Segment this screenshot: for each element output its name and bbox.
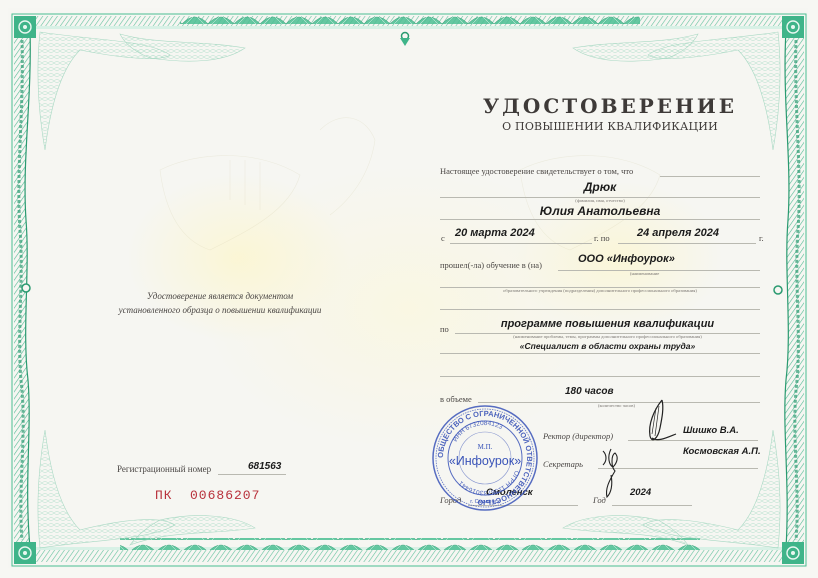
by-label: по: [440, 324, 449, 334]
date-to-value: 24 апреля 2024: [637, 227, 719, 239]
to-label: г. по: [594, 233, 610, 243]
blank-line-1: [440, 309, 760, 310]
year-value: 2024: [630, 487, 651, 498]
name-caption: (фамилия, имя, отчество): [440, 198, 760, 203]
stamp-city: г. Смоленск: [470, 499, 500, 505]
stamp-center: «Инфоурок»: [449, 454, 521, 468]
given-names-value: Юлия Анатольевна: [440, 204, 760, 218]
hours-value: 180 часов: [565, 386, 614, 397]
corner-rosette-tl: [14, 16, 36, 38]
hours-caption: (количество часов): [598, 403, 635, 408]
given-names-line: [440, 219, 760, 220]
serial-number: 00686207: [190, 488, 260, 503]
date-from-line: [450, 243, 592, 244]
secretary-signature: [597, 445, 625, 500]
passed-label: прошел(-ла) обучение в (на): [440, 260, 542, 270]
reg-number-value: 681563: [248, 461, 281, 472]
from-label: с: [441, 233, 445, 243]
secretary-name: Космовская А.П.: [683, 446, 761, 457]
date-from-value: 20 марта 2024: [455, 227, 535, 239]
org-caption-2: образовательного учреждения (подразделен…: [440, 288, 760, 293]
certificate-subtitle: О ПОВЫШЕНИИ КВАЛИФИКАЦИИ: [480, 120, 740, 133]
corner-rosette-br: [782, 542, 804, 564]
program-name-line: [440, 353, 760, 354]
intro-text: Настоящее удостоверение свидетельствует …: [440, 166, 633, 176]
legal-note: Удостоверение является документом устано…: [90, 289, 350, 317]
year-line: [612, 505, 692, 506]
program-value: программе повышения квалификации: [455, 318, 760, 330]
corner-rosette-tr: [782, 16, 804, 38]
intro-line: [660, 176, 760, 177]
certificate-title: УДОСТОВЕРЕНИЕ: [480, 94, 740, 118]
director-label: Ректор (директор): [543, 431, 613, 441]
official-stamp: ОБЩЕСТВО С ОГРАНИЧЕННОЙ ОТВЕТСТВЕННОСТЬЮ…: [430, 403, 540, 513]
blank-line-2: [440, 376, 760, 377]
stamp-mp: М.П.: [478, 443, 493, 451]
secretary-label: Секретарь: [543, 459, 583, 469]
reg-number-line: [218, 474, 286, 475]
legal-note-line2: установленного образца о повышении квали…: [90, 303, 350, 317]
director-signature: [640, 398, 680, 448]
certificate-page: Удостоверение является документом устано…: [0, 0, 818, 578]
program-name-value: «Специалист в области охраны труда»: [455, 341, 760, 351]
director-name: Шишко В.А.: [683, 425, 739, 436]
date-to-line: [618, 243, 756, 244]
surname-value: Дрюк: [440, 180, 760, 194]
program-caption: (наименование проблемы, темы, программы …: [455, 334, 760, 339]
reg-number-label: Регистрационный номер: [117, 464, 211, 474]
serial-prefix: ПК: [155, 488, 173, 503]
legal-note-line1: Удостоверение является документом: [90, 289, 350, 303]
org-value: ООО «Инфоурок»: [578, 253, 675, 265]
year-end-label: г.: [759, 233, 764, 243]
org-caption-1: (наименование: [630, 271, 659, 276]
corner-rosette-bl: [14, 542, 36, 564]
